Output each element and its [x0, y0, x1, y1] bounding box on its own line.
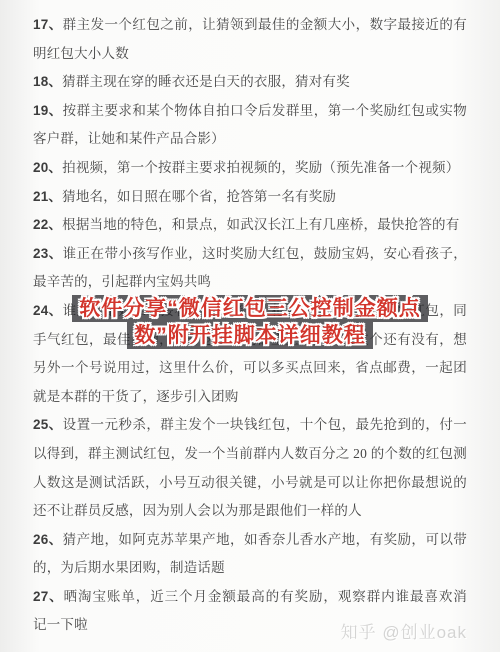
doc-line: 人数这是测试活跃，小号互动很关键，小号就是可以让你把你最想说的话说出来， — [33, 469, 467, 498]
doc-line: 的，为后期水果团购，制造话题 — [33, 554, 467, 583]
doc-line-text: 猜产地，如阿克苏苹果产地，如香奈儿香水产地，有奖励，可以带有目的性 — [33, 532, 467, 555]
doc-line-text: 明红包大小人数 — [33, 46, 129, 61]
doc-line-text: 另外一个号说用过，这里什么价，可以多买点回来，省点邮费，一起团购，这时 — [33, 360, 467, 383]
watermark: 知乎 @创业oak — [341, 618, 467, 643]
document-page: 17、群主发一个红包之前，让猜领到最佳的金额大小，数字最接近的有奖励，说明红包大… — [0, 0, 500, 652]
doc-line: 25、设置一元秒杀，群主发个一块钱红包，十个包，最先抢到的，付一块钱就可 — [33, 411, 467, 440]
banner-title-line2: 数”附开挂脚本详细教程 — [127, 322, 373, 349]
doc-line-text: 猜群主现在穿的睡衣还是白天的衣服，猜对有奖 — [62, 74, 350, 89]
doc-line-text: 客户群，让她和某件产品合影） — [33, 131, 225, 146]
doc-line-number: 23、 — [33, 246, 63, 261]
doc-line-text: 拍视频，第一个按群主要求拍视频的，奖励（预先准备一个视频） — [62, 160, 459, 175]
doc-line: 17、群主发一个红包之前，让猜领到最佳的金额大小，数字最接近的有奖励，说 — [33, 11, 467, 40]
banner-line-1: 软件分享“微信红包三公控制金额点 — [0, 295, 500, 322]
doc-line: 26、猜产地，如阿克苏苹果产地，如香奈儿香水产地，有奖励，可以带有目的性 — [33, 526, 467, 555]
doc-line-text: 就是本群的干货了，逐步引入团购 — [33, 389, 239, 404]
doc-line-text: 根据当地的特色，和景点，如武汉长江上有几座桥，最快抢答的有奖励 — [33, 217, 459, 240]
doc-line-number: 27、 — [33, 589, 64, 604]
doc-line: 客户群，让她和某件产品合影） — [33, 125, 467, 154]
doc-line-text: 设置一元秒杀，群主发个一块钱红包，十个包，最先抢到的，付一块钱就可 — [33, 417, 467, 440]
doc-line-text: 以得到，群主测试红包，发一个当前群内人数百分之 20 的个数的红包测试在线 — [33, 446, 467, 469]
doc-line-text: 的，为后期水果团购，制造话题 — [33, 560, 225, 575]
doc-line: 还不让群员反感，因为别人会以为那是跟他们一样的人 — [33, 497, 467, 526]
doc-line-text: 谁正在带小孩写作业，这时奖励大红包，鼓励宝妈，安心看孩子，说宝妈是 — [33, 246, 467, 269]
doc-line-number: 19、 — [33, 103, 63, 118]
doc-line: 23、谁正在带小孩写作业，这时奖励大红包，鼓励宝妈，安心看孩子，说宝妈是 — [33, 240, 467, 269]
doc-line: 明红包大小人数 — [33, 40, 467, 69]
doc-line-text: 猜地名，如日照在哪个省，抢答第一名有奖励 — [62, 189, 336, 204]
doc-line-number: 18、 — [33, 74, 62, 89]
doc-line: 21、猜地名，如日照在哪个省，抢答第一名有奖励 — [33, 183, 467, 212]
doc-line: 19、按群主要求和某个物体自拍口令后发群里，第一个奖励红包或实物（如你的 — [33, 97, 467, 126]
doc-line-number: 20、 — [33, 160, 62, 175]
doc-line-text: 还不让群员反感，因为别人会以为那是跟他们一样的人 — [33, 503, 362, 518]
doc-line-text: 晒淘宝账单，近三个月金额最高的有奖励，观察群内谁最喜欢消费，可以标 — [33, 589, 467, 612]
doc-line-number: 22、 — [33, 217, 62, 232]
doc-line: 22、根据当地的特色，和景点，如武汉长江上有几座桥，最快抢答的有奖励 — [33, 211, 467, 240]
doc-line: 就是本群的干货了，逐步引入团购 — [33, 383, 467, 412]
banner-line-2: 数”附开挂脚本详细教程 — [0, 322, 500, 349]
doc-line-text: 最辛苦的，引起群内宝妈共鸣 — [33, 274, 211, 289]
doc-line: 20、拍视频，第一个按群主要求拍视频的，奖励（预先准备一个视频） — [33, 154, 467, 183]
doc-line: 27、晒淘宝账单，近三个月金额最高的有奖励，观察群内谁最喜欢消费，可以标 — [33, 583, 467, 612]
doc-line-number: 21、 — [33, 189, 62, 204]
doc-line-number: 25、 — [33, 417, 63, 432]
doc-line-number: 26、 — [33, 532, 63, 547]
doc-line-text: 群主发一个红包之前，让猜领到最佳的金额大小，数字最接近的有奖励，说 — [33, 17, 467, 40]
doc-line: 最辛苦的，引起群内宝妈共鸣 — [33, 268, 467, 297]
doc-line: 18、猜群主现在穿的睡衣还是白天的衣服，猜对有奖 — [33, 68, 467, 97]
doc-line-text: 记一下啦 — [33, 617, 88, 632]
doc-line-text: 人数这是测试活跃，小号互动很关键，小号就是可以让你把你最想说的话说出来， — [33, 475, 467, 498]
doc-line-text: 按群主要求和某个物体自拍口令后发群里，第一个奖励红包或实物（如你的 — [33, 103, 467, 126]
banner-title-line1: 软件分享“微信红包三公控制金额点 — [72, 295, 428, 322]
doc-line: 另外一个号说用过，这里什么价，可以多买点回来，省点邮费，一起团购，这时 — [33, 354, 467, 383]
doc-line-number: 17、 — [33, 17, 63, 32]
overlay-banner: 软件分享“微信红包三公控制金额点 数”附开挂脚本详细教程 — [0, 295, 500, 349]
doc-line: 以得到，群主测试红包，发一个当前群内人数百分之 20 的个数的红包测试在线 — [33, 440, 467, 469]
